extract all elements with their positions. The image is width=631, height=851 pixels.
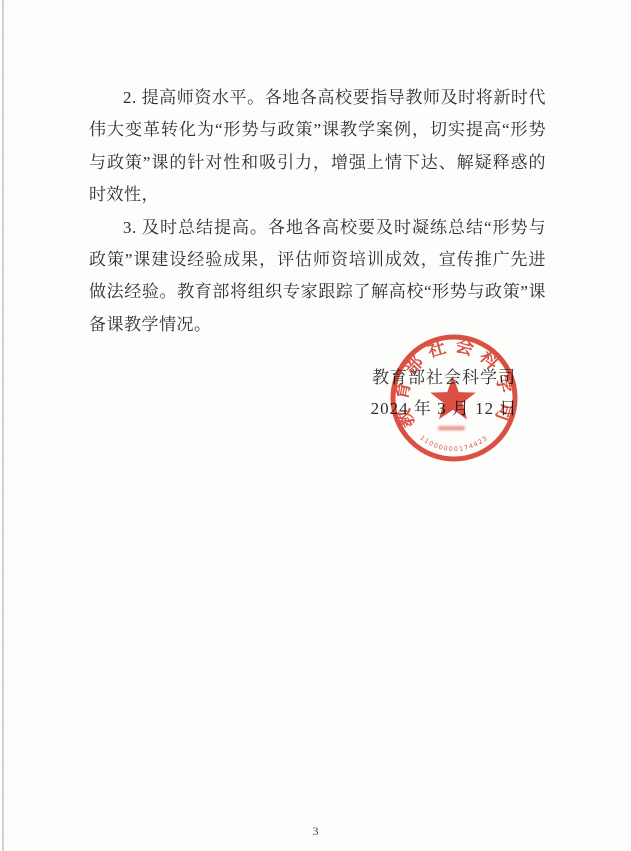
official-seal-stamp: 教育部社会科学司 11000000174423 — [372, 316, 536, 480]
document-body: 2. 提高师资水平。各地各高校要指导教师及时将新时代伟大变革转化为“形势与政策”… — [89, 82, 546, 341]
seal-ink-smudge — [438, 426, 465, 431]
scan-edge-line — [2, 0, 4, 851]
seal-ink-group: 教育部社会科学司 11000000174423 — [390, 334, 518, 459]
seal-code-number: 11000000174423 — [418, 435, 489, 454]
scanned-document-page: 2. 提高师资水平。各地各高校要指导教师及时将新时代伟大变革转化为“形势与政策”… — [0, 0, 631, 851]
body-paragraph: 2. 提高师资水平。各地各高校要指导教师及时将新时代伟大变革转化为“形势与政策”… — [89, 82, 546, 212]
page-number: 3 — [0, 824, 631, 839]
seal-star-icon — [430, 376, 476, 419]
